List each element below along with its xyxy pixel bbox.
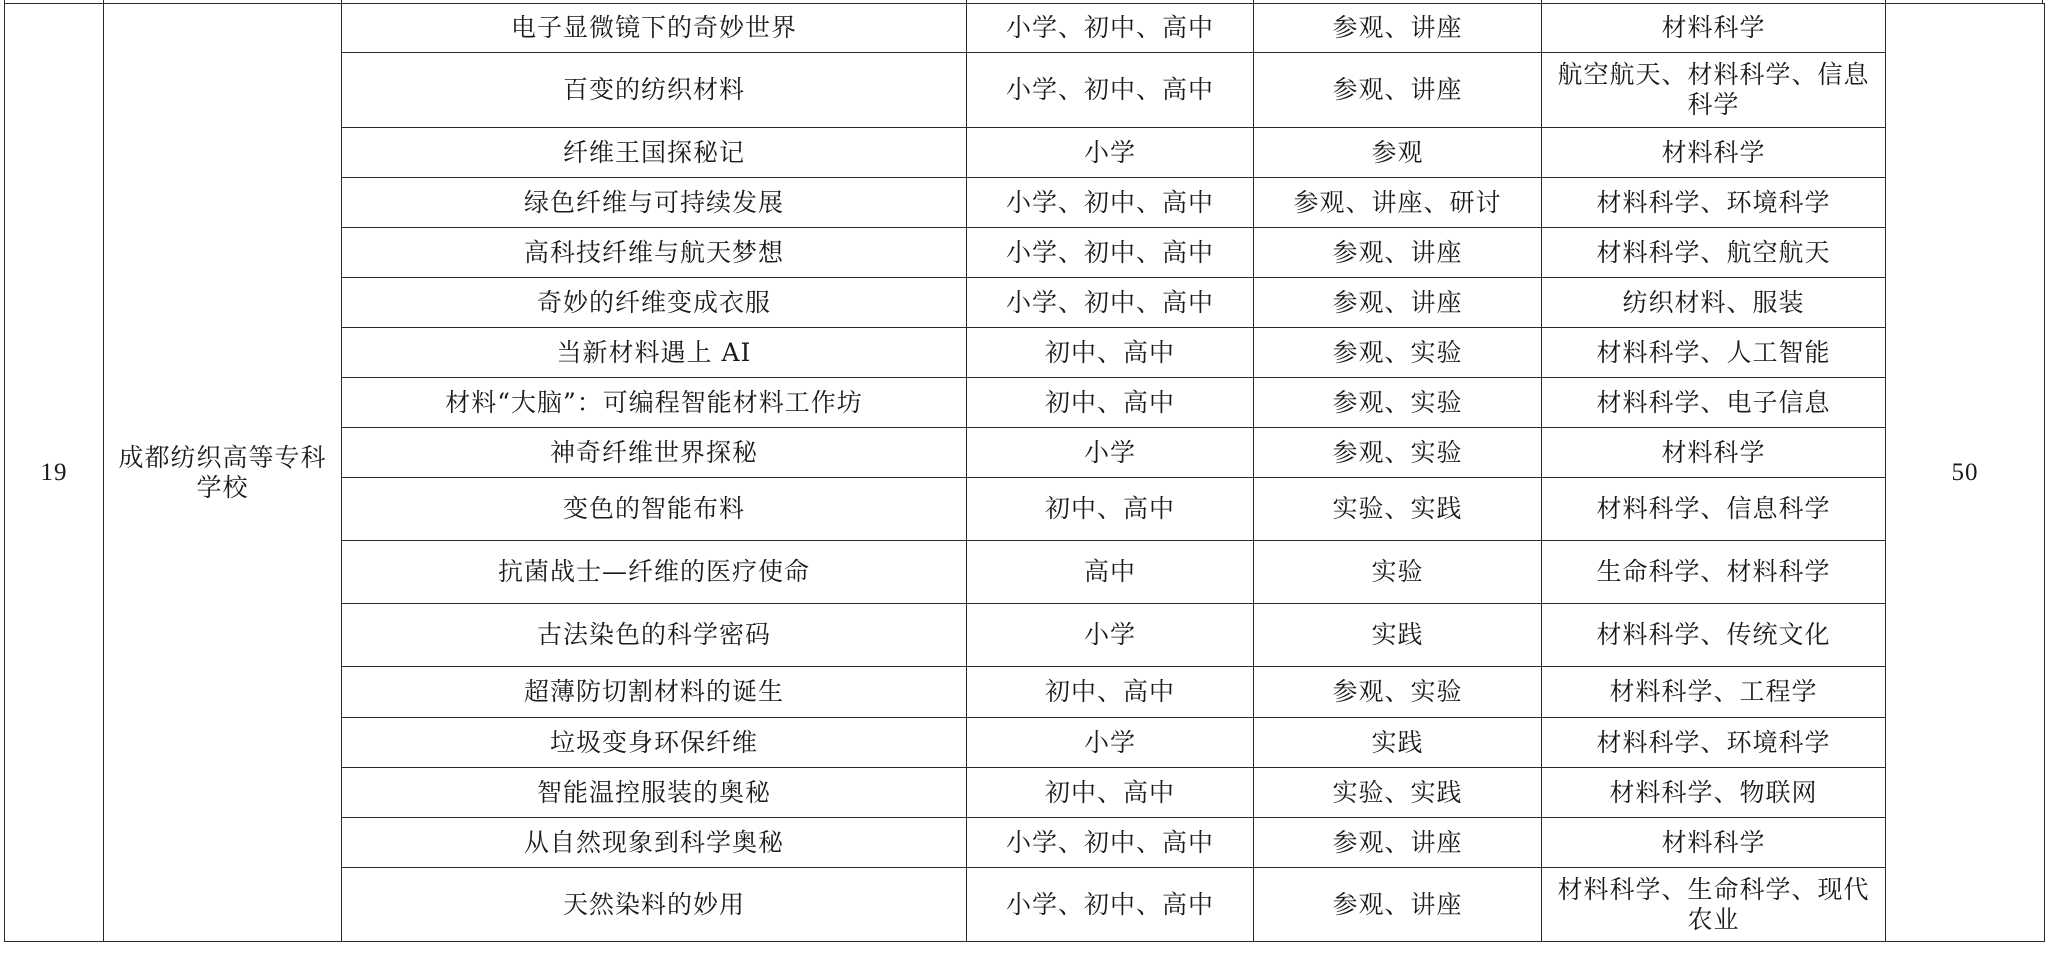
- subject-field-cell: 材料科学、环境科学: [1542, 178, 1886, 228]
- subject-field-cell: 材料科学、航空航天: [1542, 228, 1886, 278]
- course-name-cell: 高科技纤维与航天梦想: [342, 228, 967, 278]
- activity-form-cell: 参观、讲座: [1254, 53, 1542, 128]
- school-number-cell: 19: [5, 4, 104, 942]
- grade-level-cell: 小学、初中、高中: [967, 868, 1254, 942]
- activity-form-cell: 实验、实践: [1254, 478, 1542, 541]
- subject-field-cell: 材料科学: [1542, 128, 1886, 178]
- course-name-cell: 抗菌战士—纤维的医疗使命: [342, 541, 967, 604]
- subject-field-cell: 生命科学、材料科学: [1542, 541, 1886, 604]
- grade-level-cell: 初中、高中: [967, 478, 1254, 541]
- course-name-cell: 智能温控服装的奥秘: [342, 768, 967, 818]
- activity-form-cell: 参观、实验: [1254, 667, 1542, 718]
- course-name-cell: 奇妙的纤维变成衣服: [342, 278, 967, 328]
- activity-form-cell: 实验: [1254, 541, 1542, 604]
- activity-form-cell: 参观、实验: [1254, 328, 1542, 378]
- subject-field-cell: 材料科学、工程学: [1542, 667, 1886, 718]
- course-name-cell: 百变的纺织材料: [342, 53, 967, 128]
- grade-level-cell: 初中、高中: [967, 328, 1254, 378]
- grade-level-cell: 小学、初中、高中: [967, 818, 1254, 868]
- subject-field-cell: 材料科学、环境科学: [1542, 718, 1886, 768]
- activity-form-cell: 实践: [1254, 604, 1542, 667]
- grade-level-cell: 小学、初中、高中: [967, 4, 1254, 53]
- course-name-cell: 当新材料遇上 AI: [342, 328, 967, 378]
- course-name-cell: 绿色纤维与可持续发展: [342, 178, 967, 228]
- grade-level-cell: 小学: [967, 718, 1254, 768]
- course-name-cell: 古法染色的科学密码: [342, 604, 967, 667]
- subject-field-cell: 材料科学、物联网: [1542, 768, 1886, 818]
- activity-form-cell: 参观、讲座: [1254, 228, 1542, 278]
- course-name-cell: 电子显微镜下的奇妙世界: [342, 4, 967, 53]
- subject-field-cell: 材料科学、传统文化: [1542, 604, 1886, 667]
- grade-level-cell: 初中、高中: [967, 768, 1254, 818]
- grade-level-cell: 小学: [967, 604, 1254, 667]
- course-name-cell: 变色的智能布料: [342, 478, 967, 541]
- grade-level-cell: 小学、初中、高中: [967, 178, 1254, 228]
- school-name-cell: 成都纺织高等专科学校: [104, 4, 342, 942]
- grade-level-cell: 初中、高中: [967, 667, 1254, 718]
- subject-field-cell: 材料科学: [1542, 818, 1886, 868]
- course-name-cell: 超薄防切割材料的诞生: [342, 667, 967, 718]
- subject-field-cell: 材料科学、电子信息: [1542, 378, 1886, 428]
- subject-field-cell: 材料科学、人工智能: [1542, 328, 1886, 378]
- activity-form-cell: 参观、实验: [1254, 378, 1542, 428]
- previous-row-stub: [4, 0, 2044, 3]
- subject-field-cell: 材料科学: [1542, 428, 1886, 478]
- grade-level-cell: 小学、初中、高中: [967, 228, 1254, 278]
- grade-level-cell: 初中、高中: [967, 378, 1254, 428]
- activity-form-cell: 参观、实验: [1254, 428, 1542, 478]
- subject-field-cell: 纺织材料、服装: [1542, 278, 1886, 328]
- activity-form-cell: 参观、讲座: [1254, 4, 1542, 53]
- course-table: 19 成都纺织高等专科学校 电子显微镜下的奇妙世界 小学、初中、高中 参观、讲座…: [4, 3, 2045, 942]
- activity-form-cell: 参观: [1254, 128, 1542, 178]
- course-name-cell: 从自然现象到科学奥秘: [342, 818, 967, 868]
- activity-form-cell: 参观、讲座、研讨: [1254, 178, 1542, 228]
- activity-form-cell: 参观、讲座: [1254, 818, 1542, 868]
- activity-form-cell: 实验、实践: [1254, 768, 1542, 818]
- subject-field-cell: 航空航天、材料科学、信息科学: [1542, 53, 1886, 128]
- course-name-cell: 纤维王国探秘记: [342, 128, 967, 178]
- grade-level-cell: 小学: [967, 128, 1254, 178]
- activity-form-cell: 参观、讲座: [1254, 868, 1542, 942]
- grade-level-cell: 小学、初中、高中: [967, 53, 1254, 128]
- course-name-cell: 神奇纤维世界探秘: [342, 428, 967, 478]
- course-name-cell: 材料“大脑”：可编程智能材料工作坊: [342, 378, 967, 428]
- course-table-sheet: 19 成都纺织高等专科学校 电子显微镜下的奇妙世界 小学、初中、高中 参观、讲座…: [4, 0, 2044, 942]
- grade-level-cell: 小学: [967, 428, 1254, 478]
- course-name-cell: 垃圾变身环保纤维: [342, 718, 967, 768]
- activity-form-cell: 参观、讲座: [1254, 278, 1542, 328]
- subject-field-cell: 材料科学: [1542, 4, 1886, 53]
- grade-level-cell: 高中: [967, 541, 1254, 604]
- table-row: 19 成都纺织高等专科学校 电子显微镜下的奇妙世界 小学、初中、高中 参观、讲座…: [5, 4, 2045, 53]
- activity-form-cell: 实践: [1254, 718, 1542, 768]
- subject-field-cell: 材料科学、生命科学、现代农业: [1542, 868, 1886, 942]
- course-name-cell: 天然染料的妙用: [342, 868, 967, 942]
- subject-field-cell: 材料科学、信息科学: [1542, 478, 1886, 541]
- course-count-cell: 50: [1886, 4, 2045, 942]
- grade-level-cell: 小学、初中、高中: [967, 278, 1254, 328]
